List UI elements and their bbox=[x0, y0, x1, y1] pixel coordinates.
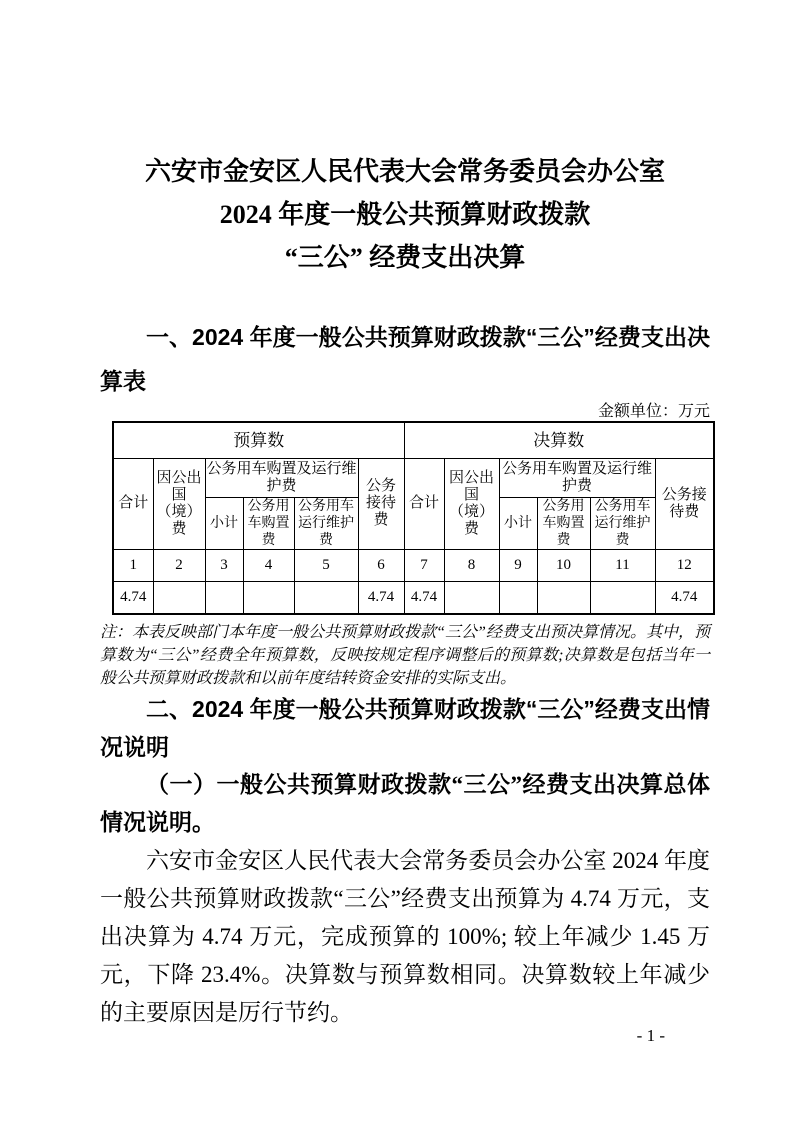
section2-heading: 二、2024 年度一般公共预算财政拨款“三公”经费支出情况说明 bbox=[100, 690, 710, 766]
final-abroad-header: 因公出国（境）费 bbox=[444, 458, 499, 549]
table-subheader-row-1: 合计 因公出国（境）费 公务用车购置及运行维护费 公务接待费 合计 因公出国（境… bbox=[113, 458, 714, 497]
body-paragraph: 六安市金安区人民代表大会常务委员会办公室 2024 年度一般公共预算财政拨款“三… bbox=[100, 842, 710, 1032]
column-number: 4 bbox=[243, 549, 294, 581]
table-column-number-row: 1 2 3 4 5 6 7 8 9 10 11 12 bbox=[113, 549, 714, 581]
final-reception-header: 公务接待费 bbox=[655, 458, 714, 549]
value-cell bbox=[205, 581, 243, 614]
sangong-expense-table: 预算数 决算数 合计 因公出国（境）费 公务用车购置及运行维护费 公务接待费 合… bbox=[112, 421, 715, 615]
column-number: 10 bbox=[537, 549, 590, 581]
column-number: 8 bbox=[444, 549, 499, 581]
final-group-header: 决算数 bbox=[404, 422, 714, 458]
title-line-3: “三公” 经费支出决算 bbox=[100, 236, 710, 279]
final-total-header: 合计 bbox=[404, 458, 444, 549]
column-number: 9 bbox=[499, 549, 537, 581]
budget-abroad-header: 因公出国（境）费 bbox=[153, 458, 205, 549]
budget-subtotal-header: 小计 bbox=[205, 497, 243, 549]
title-line-1: 六安市金安区人民代表大会常务委员会办公室 bbox=[100, 150, 710, 193]
column-number: 12 bbox=[655, 549, 714, 581]
final-vehicle-group-header: 公务用车购置及运行维护费 bbox=[499, 458, 655, 497]
title-line-2: 2024 年度一般公共预算财政拨款 bbox=[100, 193, 710, 236]
section1-heading: 一、2024 年度一般公共预算财政拨款“三公”经费支出决算表 bbox=[100, 315, 710, 403]
page-number: - 1 - bbox=[637, 1026, 665, 1046]
table-group-header-row: 预算数 决算数 bbox=[113, 422, 714, 458]
budget-maintenance-header: 公务用车运行维护费 bbox=[294, 497, 358, 549]
column-number: 5 bbox=[294, 549, 358, 581]
column-number: 6 bbox=[358, 549, 404, 581]
budget-total-header: 合计 bbox=[113, 458, 153, 549]
value-cell bbox=[294, 581, 358, 614]
budget-vehicle-group-header: 公务用车购置及运行维护费 bbox=[205, 458, 358, 497]
budget-reception-header: 公务接待费 bbox=[358, 458, 404, 549]
document-title: 六安市金安区人民代表大会常务委员会办公室 2024 年度一般公共预算财政拨款 “… bbox=[100, 150, 710, 279]
column-number: 7 bbox=[404, 549, 444, 581]
value-cell bbox=[590, 581, 655, 614]
value-cell bbox=[243, 581, 294, 614]
value-cell bbox=[537, 581, 590, 614]
final-subtotal-header: 小计 bbox=[499, 497, 537, 549]
value-cell bbox=[499, 581, 537, 614]
value-cell bbox=[153, 581, 205, 614]
value-cell: 4.74 bbox=[113, 581, 153, 614]
column-number: 11 bbox=[590, 549, 655, 581]
budget-purchase-header: 公务用车购置费 bbox=[243, 497, 294, 549]
final-maintenance-header: 公务用车运行维护费 bbox=[590, 497, 655, 549]
table-value-row: 4.74 4.74 4.74 4.74 bbox=[113, 581, 714, 614]
document-page: 六安市金安区人民代表大会常务委员会办公室 2024 年度一般公共预算财政拨款 “… bbox=[0, 0, 793, 1122]
value-cell: 4.74 bbox=[404, 581, 444, 614]
value-cell: 4.74 bbox=[655, 581, 714, 614]
final-purchase-header: 公务用车购置费 bbox=[537, 497, 590, 549]
amount-unit-note: 金额单位：万元 bbox=[100, 403, 710, 421]
value-cell: 4.74 bbox=[358, 581, 404, 614]
column-number: 1 bbox=[113, 549, 153, 581]
table-note: 注：本表反映部门本年度一般公共预算财政拨款“三公”经费支出预决算情况。其中，预算… bbox=[100, 621, 710, 690]
value-cell bbox=[444, 581, 499, 614]
subsection1-heading: （一）一般公共预算财政拨款“三公”经费支出决算总体情况说明。 bbox=[100, 766, 710, 842]
budget-group-header: 预算数 bbox=[113, 422, 404, 458]
column-number: 3 bbox=[205, 549, 243, 581]
column-number: 2 bbox=[153, 549, 205, 581]
